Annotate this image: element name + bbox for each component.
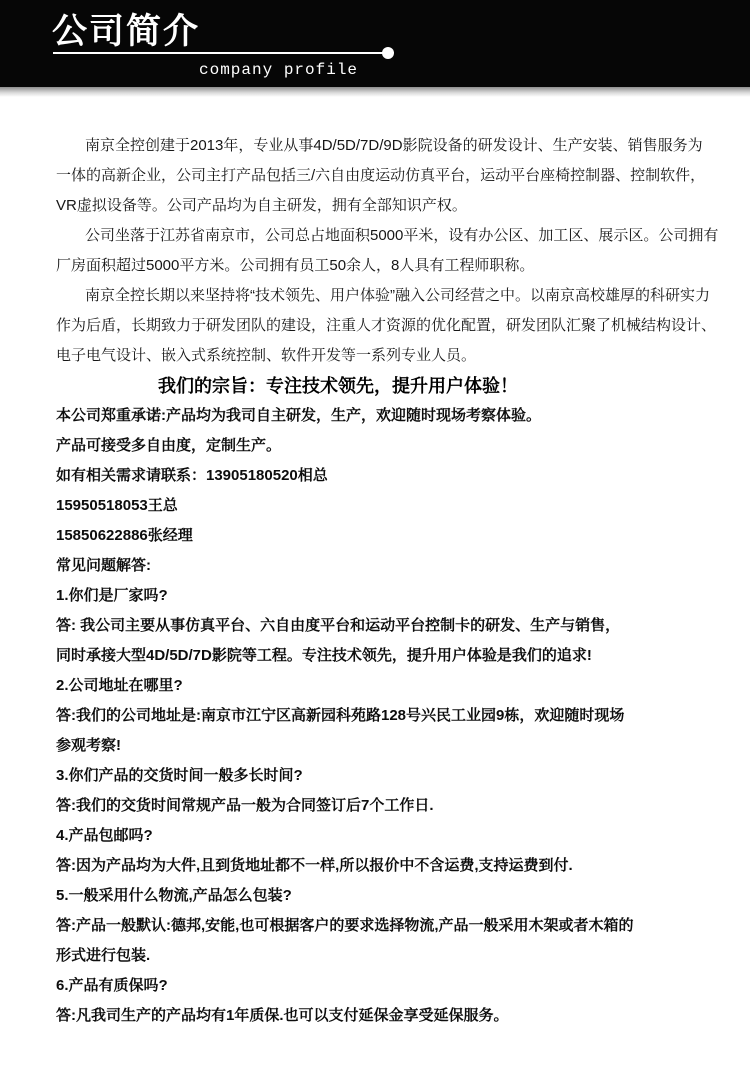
- faq-answer: 参观考察!: [0, 731, 750, 761]
- faq-question: 3.你们产品的交货时间一般多长时间?: [0, 761, 750, 791]
- faq-answer: 答:我们的交货时间常规产品一般为合同签订后7个工作日.: [0, 791, 750, 821]
- faq-answer: 答: 我公司主要从事仿真平台、六自由度平台和运动平台控制卡的研发、生产与销售，: [0, 611, 750, 641]
- intro-line: 南京全控长期以来坚持将“技术领先、用户体验”融入公司经营之中。以南京高校雄厚的科…: [0, 281, 750, 311]
- faq-answer: 同时承接大型4D/5D/7D影院等工程。专注技术领先，提升用户体验是我们的追求!: [0, 641, 750, 671]
- faq-heading: 常见问题解答:: [0, 551, 750, 581]
- intro-line: 作为后盾，长期致力于研发团队的建设，注重人才资源的优化配置，研发团队汇聚了机械结…: [0, 311, 750, 341]
- page-subtitle: company profile: [199, 61, 358, 79]
- company-profile-content: 南京全控创建于2013年，专业从事4D/5D/7D/9D影院设备的研发设计、生产…: [0, 97, 750, 1031]
- header-shadow: [0, 87, 750, 97]
- intro-line: 一体的高新企业，公司主打产品包括三/六自由度运动仿真平台，运动平台座椅控制器、控…: [0, 161, 750, 191]
- promise-line: 本公司郑重承诺:产品均为我司自主研发，生产，欢迎随时现场考察体验。: [0, 401, 750, 431]
- underline-end-dot-icon: [382, 47, 394, 59]
- faq-answer: 答:凡我司生产的产品均有1年质保.也可以支付延保金享受延保服务。: [0, 1001, 750, 1031]
- intro-line: VR虚拟设备等。公司产品均为自主研发，拥有全部知识产权。: [0, 191, 750, 221]
- faq-answer: 答:产品一般默认:德邦,安能,也可根据客户的要求选择物流,产品一般采用木架或者木…: [0, 911, 750, 941]
- promise-line: 产品可接受多自由度，定制生产。: [0, 431, 750, 461]
- intro-line: 电子电气设计、嵌入式系统控制、软件开发等一系列专业人员。: [0, 341, 750, 371]
- faq-answer: 答:我们的公司地址是:南京市江宁区高新园科苑路128号兴民工业园9栋，欢迎随时现…: [0, 701, 750, 731]
- contact-line: 如有相关需求请联系：13905180520相总: [0, 461, 750, 491]
- faq-answer: 答:因为产品均为大件,且到货地址都不一样,所以报价中不含运费,支持运费到付.: [0, 851, 750, 881]
- page-title: 公司简介: [52, 4, 200, 54]
- faq-question: 2.公司地址在哪里?: [0, 671, 750, 701]
- faq-answer: 形式进行包装.: [0, 941, 750, 971]
- intro-line: 厂房面积超过5000平方米。公司拥有员工50余人，8人具有工程师职称。: [0, 251, 750, 281]
- faq-question: 5.一般采用什么物流,产品怎么包装?: [0, 881, 750, 911]
- intro-line: 南京全控创建于2013年，专业从事4D/5D/7D/9D影院设备的研发设计、生产…: [0, 131, 750, 161]
- faq-question: 4.产品包邮吗?: [0, 821, 750, 851]
- title-underline: [53, 52, 383, 54]
- faq-question: 1.你们是厂家吗?: [0, 581, 750, 611]
- contact-line: 15850622886张经理: [0, 521, 750, 551]
- page: 公司简介 company profile 南京全控创建于2013年，专业从事4D…: [0, 0, 750, 1086]
- contact-line: 15950518053王总: [0, 491, 750, 521]
- slogan-line: 我们的宗旨：专注技术领先，提升用户体验！: [0, 371, 676, 401]
- header-banner: 公司简介 company profile: [0, 0, 750, 87]
- faq-question: 6.产品有质保吗?: [0, 971, 750, 1001]
- intro-line: 公司坐落于江苏省南京市，公司总占地面积5000平米，设有办公区、加工区、展示区。…: [0, 221, 750, 251]
